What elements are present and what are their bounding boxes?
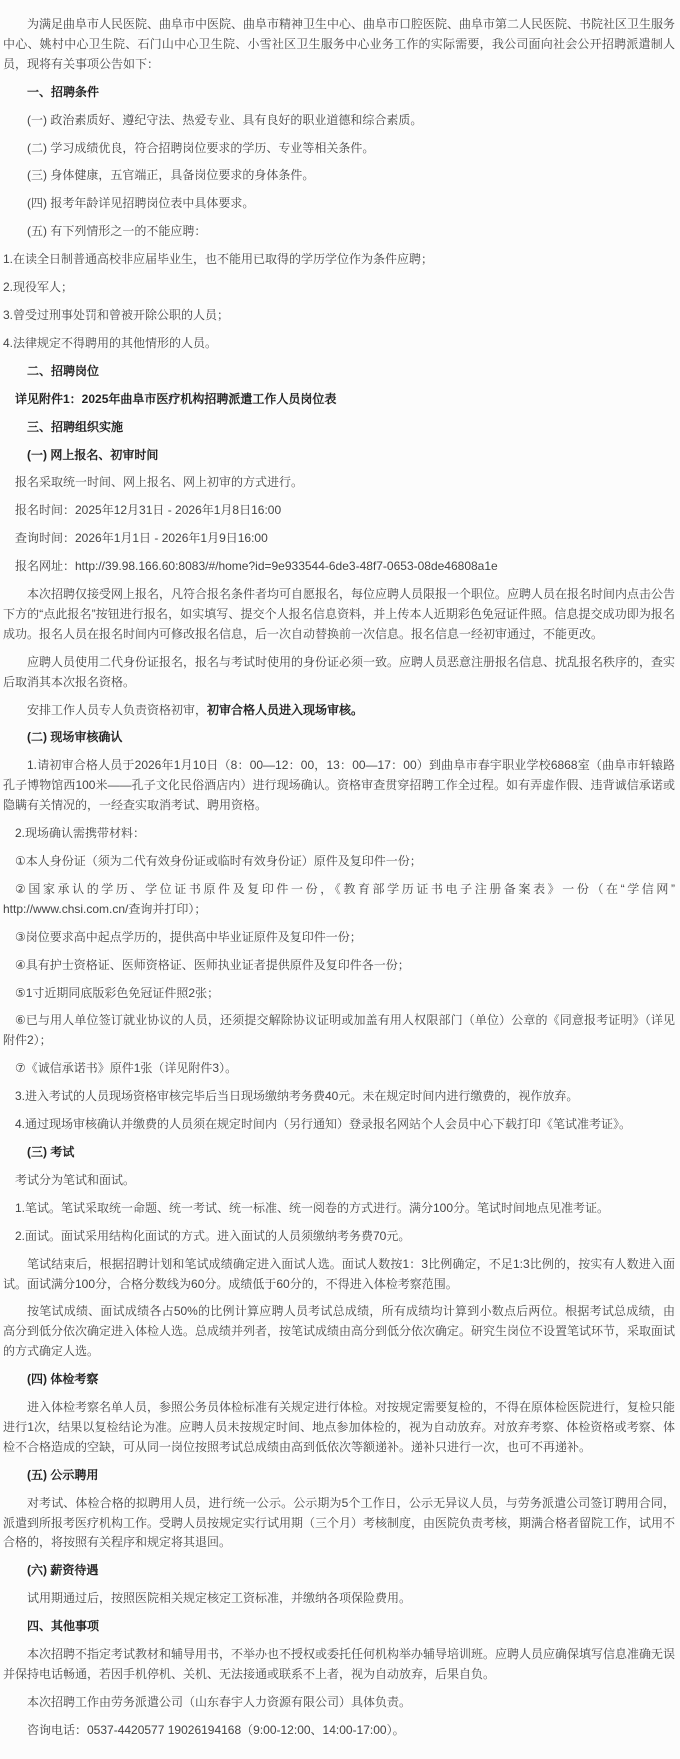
document-paragraph: 4.通过现场审核确认并缴费的人员须在规定时间内（另行通知）登录报名网站个人会员中… bbox=[3, 1115, 675, 1135]
document-paragraph: 1.请初审合格人员于2026年1月10日（8：00—12：00，13：00—17… bbox=[3, 756, 675, 816]
document-paragraph: 2.面试。面试采用结构化面试的方式。进入面试的人员须缴纳考务费70元。 bbox=[3, 1227, 675, 1247]
document-paragraph: ④具有护士资格证、医师资格证、医师执业证者提供原件及复印件各一份； bbox=[3, 956, 675, 976]
document-paragraph: 1.在读全日制普通高校非应届毕业生，也不能用已取得的学历学位作为条件应聘； bbox=[3, 250, 675, 270]
document-paragraph: 本次招聘工作由劳务派遣公司（山东春宇人力资源有限公司）具体负责。 bbox=[3, 1693, 675, 1713]
document-paragraph: ⑥已与用人单位签订就业协议的人员，还须提交解除协议证明或加盖有用人权限部门（单位… bbox=[3, 1011, 675, 1051]
document-paragraph: 2.现场确认需携带材料： bbox=[3, 824, 675, 844]
document-paragraph: (二) 学习成绩优良，符合招聘岗位要求的学历、专业等相关条件。 bbox=[3, 139, 675, 159]
document-paragraph: 2.现役军人； bbox=[3, 278, 675, 298]
document-paragraph: 1.笔试。笔试采取统一命题、统一考试、统一标准、统一阅卷的方式进行。满分100分… bbox=[3, 1199, 675, 1219]
document-paragraph: 4.法律规定不得聘用的其他情形的人员。 bbox=[3, 334, 675, 354]
section-heading: (三) 考试 bbox=[3, 1143, 675, 1163]
text-run: 安排工作人员专人负责资格初审， bbox=[27, 703, 207, 717]
section-heading: (二) 现场审核确认 bbox=[3, 728, 675, 748]
document-paragraph: (四) 报考年龄详见招聘岗位表中具体要求。 bbox=[3, 194, 675, 214]
document-paragraph: ⑦《诚信承诺书》原件1张（详见附件3）。 bbox=[3, 1059, 675, 1079]
document-paragraph: 咨询电话：0537-4420577 19026194168（9:00-12:00… bbox=[3, 1721, 675, 1741]
section-heading: 详见附件1：2025年曲阜市医疗机构招聘派遣工作人员岗位表 bbox=[3, 390, 675, 410]
document-paragraph: 笔试结束后，根据招聘计划和笔试成绩确定进入面试人选。面试人数按1：3比例确定，不… bbox=[3, 1255, 675, 1295]
recruitment-announcement: 为满足曲阜市人民医院、曲阜市中医院、曲阜市精神卫生中心、曲阜市口腔医院、曲阜市第… bbox=[0, 0, 680, 1759]
document-paragraph: 3.曾受过刑事处罚和曾被开除公职的人员； bbox=[3, 306, 675, 326]
document-paragraph: 报名采取统一时间、网上报名、网上初审的方式进行。 bbox=[3, 473, 675, 493]
document-paragraph: (三) 身体健康，五官端正，具备岗位要求的身体条件。 bbox=[3, 166, 675, 186]
document-paragraph: ①本人身份证（须为二代有效身份证或临时有效身份证）原件及复印件一份； bbox=[3, 852, 675, 872]
section-heading: (四) 体检考察 bbox=[3, 1370, 675, 1390]
document-paragraph: 对考试、体检合格的拟聘用人员，进行统一公示。公示期为5个工作日，公示无异议人员，… bbox=[3, 1494, 675, 1554]
document-paragraph: 应聘人员使用二代身份证报名，报名与考试时使用的身份证必须一致。应聘人员恶意注册报… bbox=[3, 653, 675, 693]
section-heading: 二、招聘岗位 bbox=[3, 362, 675, 382]
section-heading: (五) 公示聘用 bbox=[3, 1466, 675, 1486]
section-heading: (一) 网上报名、初审时间 bbox=[3, 446, 675, 466]
document-paragraph: 本次招聘不指定考试教材和辅导用书，不举办也不授权或委托任何机构举办辅导培训班。应… bbox=[3, 1645, 675, 1685]
document-paragraph: (一) 政治素质好、遵纪守法、热爱专业、具有良好的职业道德和综合素质。 bbox=[3, 111, 675, 131]
document-paragraph: ③岗位要求高中起点学历的，提供高中毕业证原件及复印件一份； bbox=[3, 928, 675, 948]
section-heading: 三、招聘组织实施 bbox=[3, 418, 675, 438]
document-paragraph: 考试分为笔试和面试。 bbox=[3, 1171, 675, 1191]
document-paragraph: 本次招聘仅接受网上报名，凡符合报名条件者均可自愿报名，每位应聘人员限报一个职位。… bbox=[3, 585, 675, 645]
emphasized-text: 初审合格人员进入现场审核。 bbox=[207, 703, 363, 717]
document-paragraph: 报名网址：http://39.98.166.60:8083/#/home?id=… bbox=[3, 557, 675, 577]
document-paragraph: 3.进入考试的人员现场资格审核完毕后当日现场缴纳考务费40元。未在规定时间内进行… bbox=[3, 1087, 675, 1107]
document-paragraph: 安排工作人员专人负责资格初审，初审合格人员进入现场审核。 bbox=[3, 701, 675, 721]
document-paragraph: ⑤1寸近期同底版彩色免冠证件照2张； bbox=[3, 984, 675, 1004]
section-heading: 四、其他事项 bbox=[3, 1617, 675, 1637]
document-paragraph: (五) 有下列情形之一的不能应聘： bbox=[3, 222, 675, 242]
document-paragraph: 查询时间：2026年1月1日 - 2026年1月9日16:00 bbox=[3, 529, 675, 549]
document-paragraph: 进入体检考察名单人员，参照公务员体检标准有关规定进行体检。对按规定需要复检的，不… bbox=[3, 1398, 675, 1458]
document-paragraph: 为满足曲阜市人民医院、曲阜市中医院、曲阜市精神卫生中心、曲阜市口腔医院、曲阜市第… bbox=[3, 15, 675, 75]
document-paragraph: ②国家承认的学历、学位证书原件及复印件一份，《教育部学历证书电子注册备案表》一份… bbox=[3, 880, 675, 920]
document-paragraph: 报名时间：2025年12月31日 - 2026年1月8日16:00 bbox=[3, 501, 675, 521]
document-paragraph: 按笔试成绩、面试成绩各占50%的比例计算应聘人员考试总成绩，所有成绩均计算到小数… bbox=[3, 1302, 675, 1362]
document-paragraph: 试用期通过后，按照医院相关规定核定工资标准，并缴纳各项保险费用。 bbox=[3, 1589, 675, 1609]
section-heading: 一、招聘条件 bbox=[3, 83, 675, 103]
section-heading: (六) 薪资待遇 bbox=[3, 1561, 675, 1581]
